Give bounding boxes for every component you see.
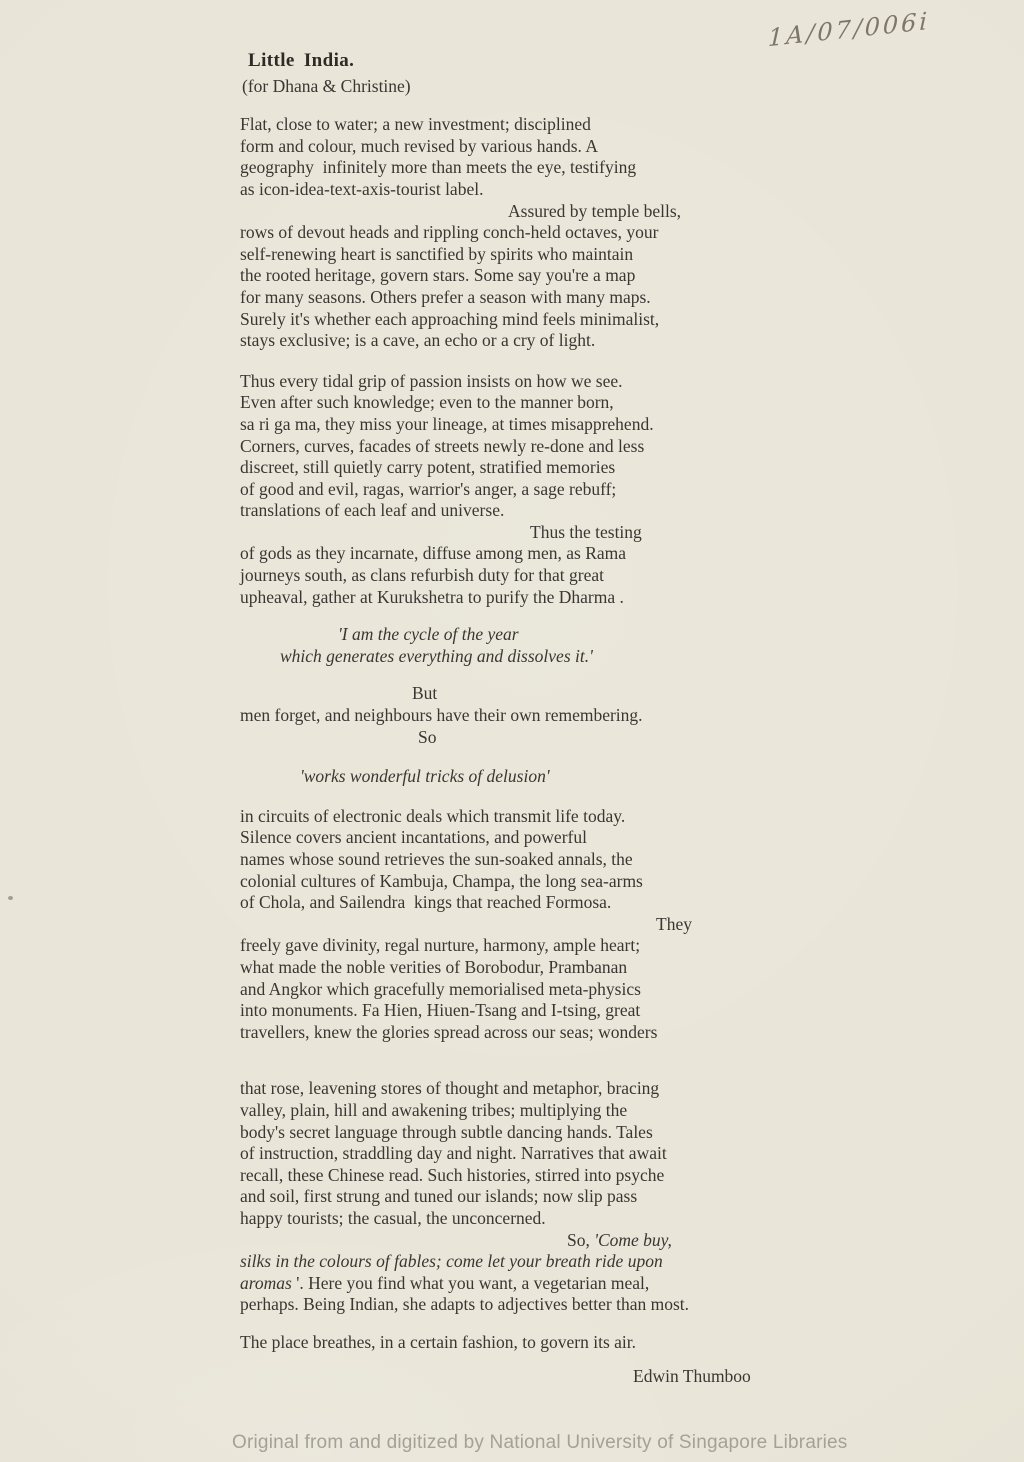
poem-line: Silence covers ancient incantations, and… xyxy=(240,827,840,849)
scanned-poem-page: 1A/07/006i Little India. (for Dhana & Ch… xyxy=(0,0,1024,1462)
poem-line: Flat, close to water; a new investment; … xyxy=(240,114,840,136)
poem-line: Assured by temple bells, xyxy=(508,201,840,223)
poem-dedication: (for Dhana & Christine) xyxy=(242,76,840,98)
poem-line: rows of devout heads and rippling conch-… xyxy=(240,222,840,244)
poem-line: as icon-idea-text-axis-tourist label. xyxy=(240,179,840,201)
poem-line: journeys south, as clans refurbish duty … xyxy=(240,565,840,587)
poem-line: valley, plain, hill and awakening tribes… xyxy=(240,1100,840,1122)
poem-line: and soil, first strung and tuned our isl… xyxy=(240,1186,840,1208)
poem-line: self-renewing heart is sanctified by spi… xyxy=(240,244,840,266)
poem-line: colonial cultures of Kambuja, Champa, th… xyxy=(240,871,840,893)
paper-speck xyxy=(8,896,13,900)
poem-line: upheaval, gather at Kurukshetra to purif… xyxy=(240,587,840,609)
poem-line: Thus the testing xyxy=(530,522,840,544)
poem-line-gap xyxy=(240,667,840,683)
poem-line: happy tourists; the casual, the unconcer… xyxy=(240,1208,840,1230)
poem-line: into monuments. Fa Hien, Hiuen-Tsang and… xyxy=(240,1000,840,1022)
poem-line: of instruction, straddling day and night… xyxy=(240,1143,840,1165)
poem-line: They xyxy=(656,914,840,936)
poem-line-gap xyxy=(240,608,840,624)
poem-line: of good and evil, ragas, warrior's anger… xyxy=(240,479,840,501)
poem-line: freely gave divinity, regal nurture, har… xyxy=(240,935,840,957)
author-signature: Edwin Thumboo xyxy=(633,1366,840,1388)
poem-line: translations of each leaf and universe. xyxy=(240,500,840,522)
poem-line: But xyxy=(412,683,840,705)
poem-line-gap xyxy=(240,748,840,766)
poem-line: Even after such knowledge; even to the m… xyxy=(240,392,840,414)
handwritten-catalog-annotation: 1A/07/006i xyxy=(768,7,931,52)
poem-line: Corners, curves, facades of streets newl… xyxy=(240,436,840,458)
poem-body: Flat, close to water; a new investment; … xyxy=(240,114,840,1353)
poem-line-gap xyxy=(240,1043,840,1078)
poem-line: recall, these Chinese read. Such histori… xyxy=(240,1165,840,1187)
poem-line: that rose, leavening stores of thought a… xyxy=(240,1078,840,1100)
poem-line: body's secret language through subtle da… xyxy=(240,1122,840,1144)
poem-line: which generates everything and dissolves… xyxy=(280,646,840,668)
poem-line-gap xyxy=(240,352,840,371)
poem-line: form and colour, much revised by various… xyxy=(240,136,840,158)
poem-title: Little India. xyxy=(248,50,840,72)
poem-line: discreet, still quietly carry potent, st… xyxy=(240,457,840,479)
poem-line: the rooted heritage, govern stars. Some … xyxy=(240,265,840,287)
poem-line: aromas '. Here you find what you want, a… xyxy=(240,1273,840,1295)
poem-line-gap xyxy=(240,788,840,806)
poem-line: sa ri ga ma, they miss your lineage, at … xyxy=(240,414,840,436)
poem-line: silks in the colours of fables; come let… xyxy=(240,1251,840,1273)
poem-line: names whose sound retrieves the sun-soak… xyxy=(240,849,840,871)
poem-line: in circuits of electronic deals which tr… xyxy=(240,806,840,828)
poem-line: 'works wonderful tricks of delusion' xyxy=(300,766,840,788)
poem-line: Thus every tidal grip of passion insists… xyxy=(240,371,840,393)
poem-line: travellers, knew the glories spread acro… xyxy=(240,1022,840,1044)
poem-line: So xyxy=(418,727,840,749)
poem-line: for many seasons. Others prefer a season… xyxy=(240,287,840,309)
poem-line: stays exclusive; is a cave, an echo or a… xyxy=(240,330,840,352)
poem-line-gap xyxy=(240,1316,840,1332)
poem-line: geography infinitely more than meets the… xyxy=(240,157,840,179)
poem-line: of Chola, and Sailendra kings that reach… xyxy=(240,892,840,914)
poem-line: Surely it's whether each approaching min… xyxy=(240,309,840,331)
poem-line: of gods as they incarnate, diffuse among… xyxy=(240,543,840,565)
poem-line: what made the noble verities of Borobodu… xyxy=(240,957,840,979)
poem-block: Little India. (for Dhana & Christine) Fl… xyxy=(240,50,840,1388)
poem-line: 'I am the cycle of the year xyxy=(338,624,840,646)
poem-line: The place breathes, in a certain fashion… xyxy=(240,1332,840,1354)
poem-line: So, 'Come buy, xyxy=(567,1230,840,1252)
poem-line: and Angkor which gracefully memorialised… xyxy=(240,979,840,1001)
library-watermark: Original from and digitized by National … xyxy=(232,1432,848,1454)
poem-line: perhaps. Being Indian, she adapts to adj… xyxy=(240,1294,840,1316)
poem-line: men forget, and neighbours have their ow… xyxy=(240,705,840,727)
